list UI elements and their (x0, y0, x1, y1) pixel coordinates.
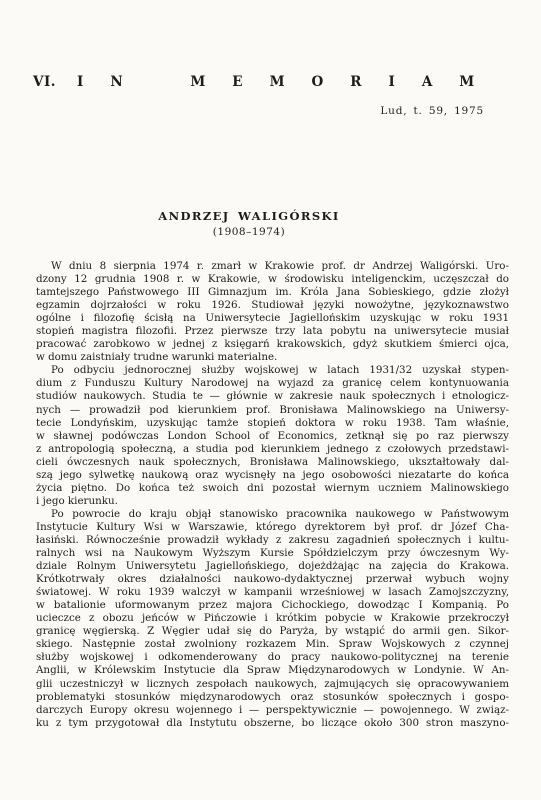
text-line: szą jego sylwetkę naukową oraz wycisnęły… (36, 469, 509, 482)
text-line: skiego. Następnie został zwolniony rozka… (36, 638, 509, 651)
text-line: Po odbyciu jednorocznej służby wojskowej… (36, 364, 509, 377)
journal-reference: Lud, t. 59, 1975 (380, 105, 484, 117)
text-line: w sławnej podówczas London School of Eco… (36, 430, 509, 443)
text-line: służby wojskowej i odkomenderowany do pr… (36, 651, 509, 664)
article-title: ANDRZEJ WALIGÓRSKI (2, 209, 496, 223)
text-line: w domu zaistniały trudne warunki materia… (36, 351, 509, 364)
paragraph: Po odbyciu jednorocznej służby wojskowej… (36, 364, 509, 508)
text-line: ogólne i filozofię ścisłą na Uniwersytec… (36, 312, 509, 325)
text-line: granicę węgierską. Z Węgier udał się do … (36, 625, 509, 638)
paragraph: Po powrocie do kraju objął stanowisko pr… (36, 508, 509, 730)
text-line: z antropologią społeczną, a studia pod k… (36, 443, 509, 456)
text-line: światowej. W roku 1939 walczył w kampani… (36, 586, 509, 599)
text-line: ucieczce z obozu jeńców w Pińczowie i kr… (36, 612, 509, 625)
text-line: tamtejszego Państwowego III Gimnazjum im… (36, 286, 509, 299)
article-dates: (1908–1974) (2, 226, 496, 238)
text-line: nych — prowadził pod kierunkiem prof. Br… (36, 404, 509, 417)
text-line: tecie Londyńskim, uzyskując tamże stopie… (36, 417, 509, 430)
text-line: Po powrocie do kraju objął stanowisko pr… (36, 508, 509, 521)
scanned-document-page: VI. IN MEMORIAM Lud, t. 59, 1975 ANDRZEJ… (0, 0, 541, 800)
text-line: glii uczestniczył w licznych zespołach n… (36, 678, 509, 691)
text-line: dzony 12 grudnia 1908 r. w Krakowie, w ś… (36, 273, 509, 286)
section-header: VI. IN MEMORIAM (33, 74, 521, 90)
text-line: życia piętno. Do końca też swoich dni po… (36, 482, 509, 495)
text-line: problematyki stosunków międzynarodowych … (36, 691, 509, 704)
text-line: W dniu 8 sierpnia 1974 r. zmarł w Krakow… (36, 260, 509, 273)
text-line: dziale Rolnym Uniwersytetu Jagiellońskie… (36, 560, 509, 573)
text-line: Anglii, w Królewskim Instytucie dla Spra… (36, 664, 509, 677)
text-line: ku z tym przygotował dla Instytutu obsze… (36, 717, 509, 730)
article-title-block: ANDRZEJ WALIGÓRSKI (1908–1974) (2, 209, 496, 238)
article-body: W dniu 8 sierpnia 1974 r. zmarł w Krakow… (36, 260, 509, 730)
text-line: w batalionie uformowanym przez majora Ci… (36, 599, 509, 612)
text-line: ralnych wsi na Naukowym Wyższym Kursie S… (36, 547, 509, 560)
text-line: cieli ówczesnych nauk społecznych, Broni… (36, 456, 509, 469)
text-line: i jego kierunku. (36, 495, 509, 508)
paragraph: W dniu 8 sierpnia 1974 r. zmarł w Krakow… (36, 260, 509, 364)
text-line: łasiński. Równocześnie prowadził wykłady… (36, 534, 509, 547)
text-line: pracować zarobkowo w jednej z księgarń k… (36, 338, 509, 351)
text-line: dium z Funduszu Kultury Narodowej na wyj… (36, 377, 509, 390)
text-line: darczych Europy okresu wojennego i — per… (36, 704, 509, 717)
text-line: studiów naukowych. Studia te — głównie w… (36, 390, 509, 403)
text-line: egzamin dojrzałości w roku 1926. Studiow… (36, 299, 509, 312)
text-line: stopień magistra filozofii. Przez pierws… (36, 325, 509, 338)
text-line: Instytucie Kultury Wsi w Warszawie, któr… (36, 521, 509, 534)
text-line: Krótkotrwały okres działalności naukowo-… (36, 573, 509, 586)
section-number: VI. (33, 74, 56, 90)
section-title: IN MEMORIAM (77, 74, 501, 90)
